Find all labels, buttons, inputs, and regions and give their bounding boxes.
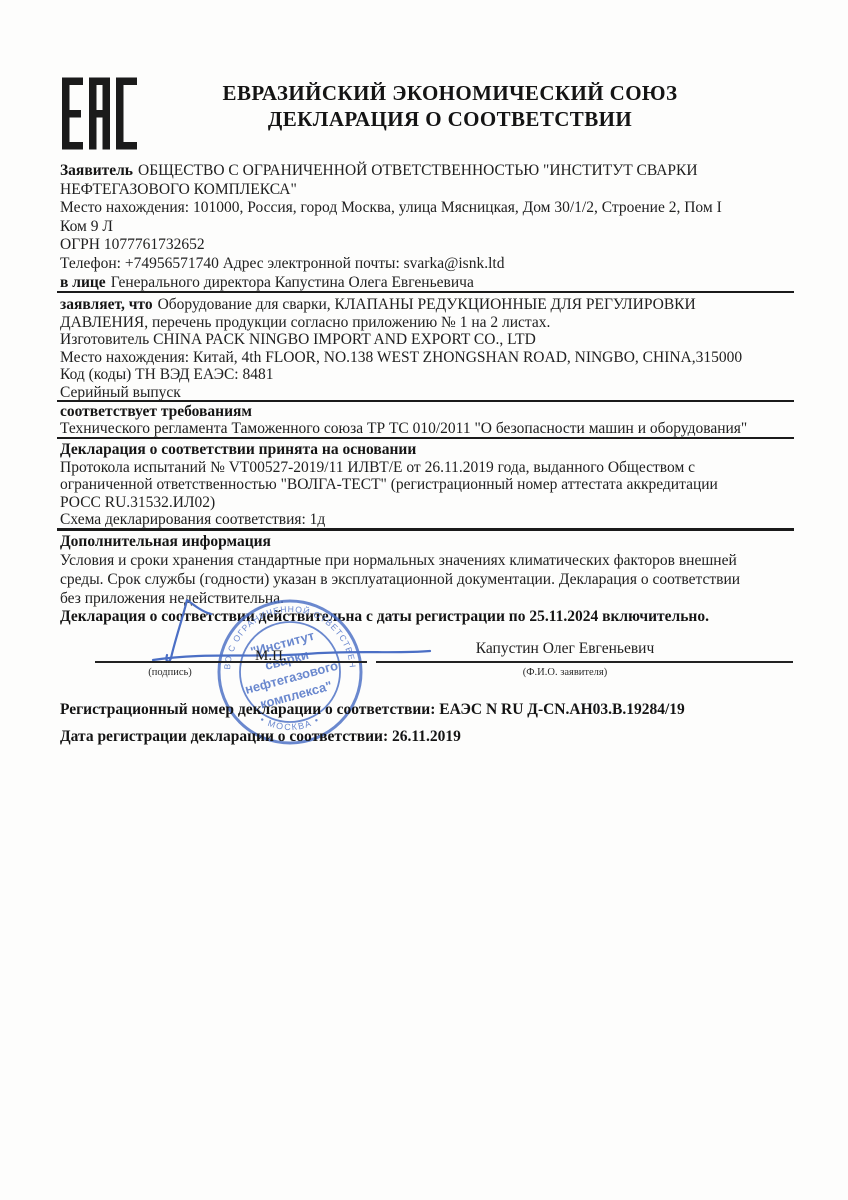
compliance-section: соответствует требованиям Технического р… [60,403,796,437]
registration-date-value: 26.11.2019 [392,728,461,745]
applicant-name-line1: ОБЩЕСТВО С ОГРАНИЧЕННОЙ ОТВЕТСТВЕННОСТЬЮ… [138,162,698,179]
section-divider [57,528,794,531]
applicant-ogrn: ОГРН 1077761732652 [60,236,796,255]
product-section: заявляет, чтоОборудование для сварки, КЛ… [60,296,796,401]
declaration-scheme: Схема декларирования соответствия: 1д [60,511,796,529]
registration-date-label: Дата регистрации декларации о соответств… [60,728,388,745]
basis-heading: Декларация о соответствии принята на осн… [60,441,796,459]
compliance-text: Технического регламента Таможенного союз… [60,420,796,437]
declaration-document: ЕВРАЗИЙСКИЙ ЭКОНОМИЧЕСКИЙ СОЮЗ ДЕКЛАРАЦИ… [0,0,848,1200]
compliance-heading: соответствует требованиям [60,403,796,420]
registration-number-line: Регистрационный номер декларации о соотв… [60,701,820,719]
declares-label: заявляет, что [60,296,153,313]
applicant-address-line2: Ком 9 Л [60,218,796,237]
product-line1: Оборудование для сварки, КЛАПАНЫ РЕДУКЦИ… [158,296,696,313]
in-person-value: Генерального директора Капустина Олега Е… [111,274,474,291]
registration-number-label: Регистрационный номер декларации о соотв… [60,701,435,718]
in-person-label: в лице [60,274,106,291]
basis-line1: Протокола испытаний № VT00527-2019/11 ИЛ… [60,459,796,477]
applicant-label: Заявитель [60,162,133,179]
additional-line1: Условия и сроки хранения стандартные при… [60,551,796,570]
additional-heading: Дополнительная информация [60,532,796,551]
fio-line [376,661,793,663]
signature-caption: (подпись) [105,667,235,678]
applicant-name-line2: НЕФТЕГАЗОВОГО КОМПЛЕКСА" [60,181,796,200]
applicant-section: ЗаявительОБЩЕСТВО С ОГРАНИЧЕННОЙ ОТВЕТСТ… [60,162,796,292]
basis-line2: ограниченной ответственностью "ВОЛГА-ТЕС… [60,476,796,494]
manufacturer-address: Место нахождения: Китай, 4th FLOOR, NO.1… [60,349,796,367]
section-divider [57,291,794,293]
document-title: ДЕКЛАРАЦИЯ О СООТВЕТСТВИИ [150,106,750,132]
registration-number-value: ЕАЭС N RU Д-CN.АН03.В.19284/19 [439,701,685,718]
section-divider [57,400,794,402]
registration-date-line: Дата регистрации декларации о соответств… [60,728,820,746]
document-header: ЕВРАЗИЙСКИЙ ЭКОНОМИЧЕСКИЙ СОЮЗ ДЕКЛАРАЦИ… [150,80,750,132]
eac-logo-icon [62,77,137,150]
basis-section: Декларация о соответствии принята на осн… [60,441,796,529]
manufacturer: Изготовитель CHINA PACK NINGBO IMPORT AN… [60,331,796,349]
tnved-code: Код (коды) ТН ВЭД ЕАЭС: 8481 [60,366,796,384]
applicant-address-line1: Место нахождения: 101000, Россия, город … [60,199,796,218]
union-title: ЕВРАЗИЙСКИЙ ЭКОНОМИЧЕСКИЙ СОЮЗ [150,80,750,106]
product-line2: ДАВЛЕНИЯ, перечень продукции согласно пр… [60,314,796,332]
release-type: Серийный выпуск [60,384,796,402]
applicant-contacts: Телефон: +74956571740 Адрес электронной … [60,255,796,274]
basis-line3: РОСС RU.31532.ИЛ02) [60,494,796,512]
additional-line2: среды. Срок службы (годности) указан в э… [60,570,796,589]
signature-line [95,661,367,663]
fio-caption: (Ф.И.О. заявителя) [420,667,710,678]
applicant-fio: Капустин Олег Евгеньевич [420,640,710,658]
stamp-place-label: М.П. [255,648,287,665]
section-divider [57,437,794,439]
